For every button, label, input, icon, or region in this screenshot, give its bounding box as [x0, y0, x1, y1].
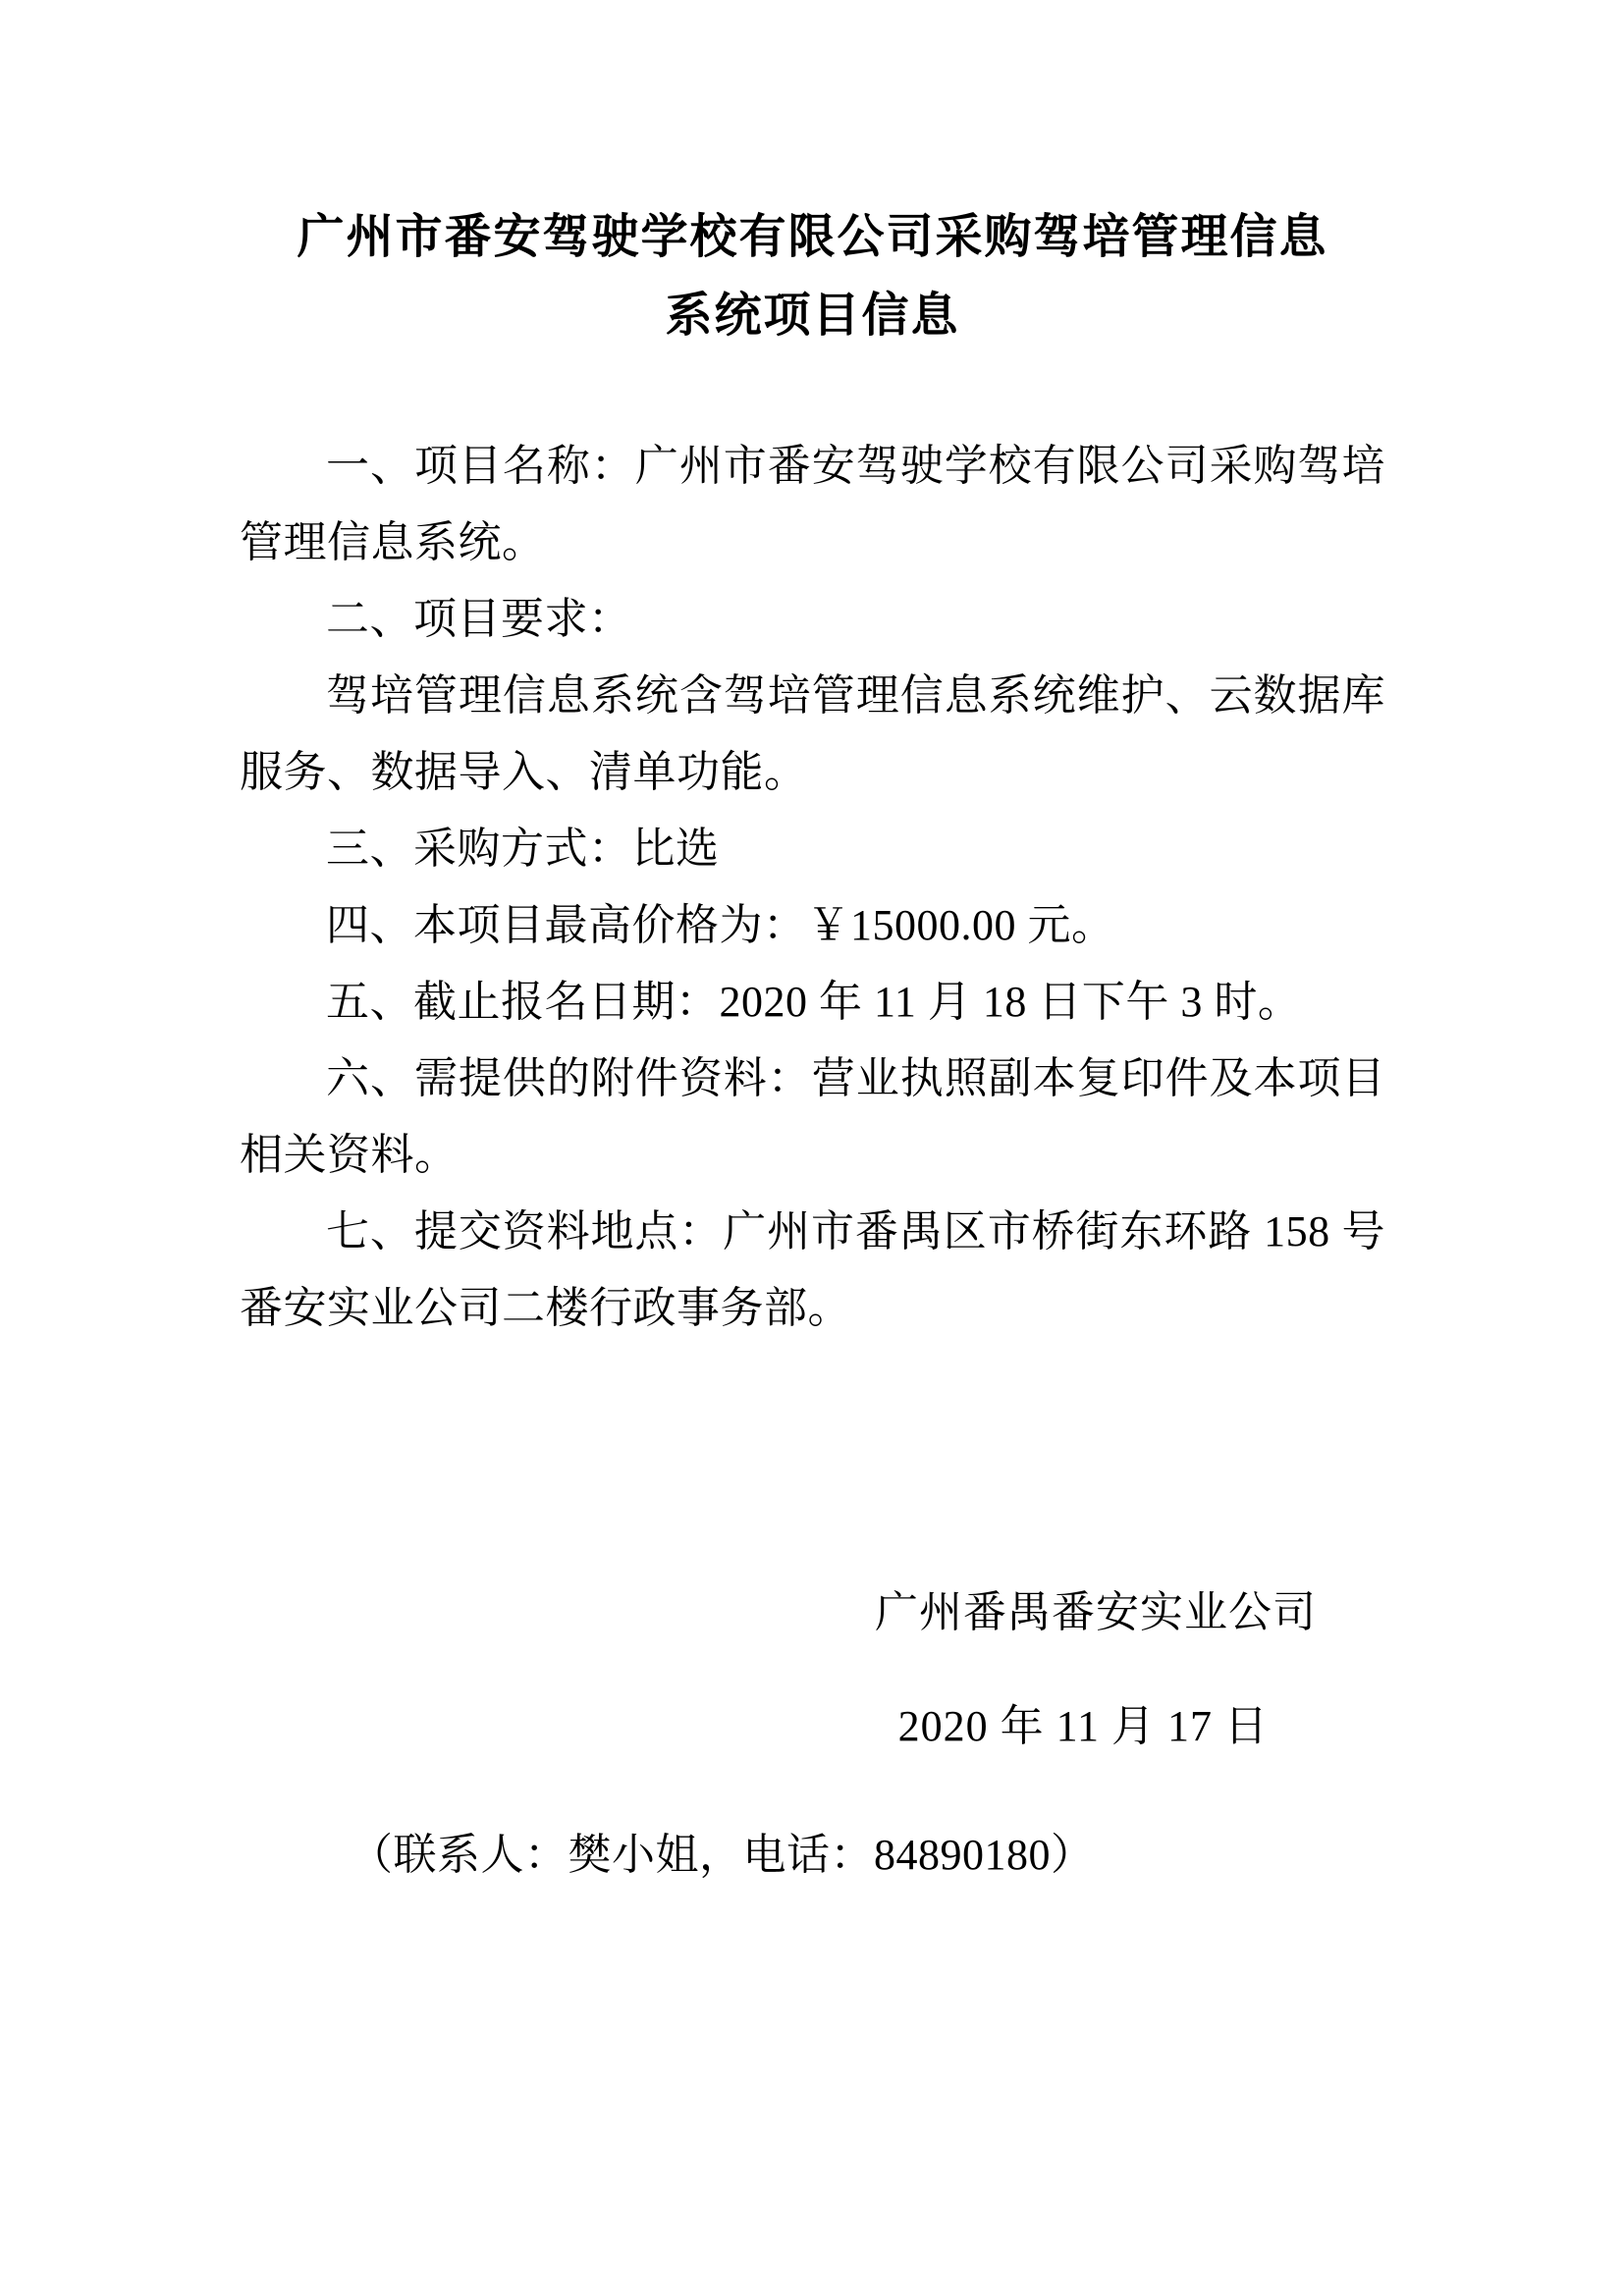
document-content: 广州市番安驾驶学校有限公司采购驾培管理信息 系统项目信息 一、项目名称：广州市番… — [240, 0, 1385, 1894]
signature-company: 广州番禺番安实业公司 — [240, 1575, 1385, 1651]
paragraph-registration-deadline: 五、截止报名日期：2020 年 11 月 18 日下午 3 时。 — [240, 964, 1385, 1041]
contact-line: （联系人：樊小姐，电话：84890180） — [240, 1817, 1385, 1894]
document-title: 广州市番安驾驶学校有限公司采购驾培管理信息 系统项目信息 — [240, 198, 1385, 355]
title-line-2: 系统项目信息 — [240, 277, 1385, 355]
signature-date: 2020 年 11 月 17 日 — [240, 1688, 1385, 1765]
paragraph-project-requirements: 二、项目要求： — [240, 581, 1385, 658]
document-body: 一、项目名称：广州市番安驾驶学校有限公司采购驾培管理信息系统。 二、项目要求： … — [240, 428, 1385, 1347]
paragraph-required-attachments: 六、需提供的附件资料：营业执照副本复印件及本项目相关资料。 — [240, 1041, 1385, 1194]
title-line-1: 广州市番安驾驶学校有限公司采购驾培管理信息 — [240, 198, 1385, 277]
paragraph-requirements-detail: 驾培管理信息系统含驾培管理信息系统维护、云数据库服务、数据导入、清单功能。 — [240, 658, 1385, 811]
signature-block: 广州番禺番安实业公司 2020 年 11 月 17 日 — [240, 1575, 1385, 1765]
paragraph-submission-location: 七、提交资料地点：广州市番禺区市桥街东环路 158 号番安实业公司二楼行政事务部… — [240, 1194, 1385, 1347]
paragraph-procurement-method: 三、采购方式：比选 — [240, 811, 1385, 887]
document-page: 广州市番安驾驶学校有限公司采购驾培管理信息 系统项目信息 一、项目名称：广州市番… — [0, 0, 1624, 2296]
paragraph-project-name: 一、项目名称：广州市番安驾驶学校有限公司采购驾培管理信息系统。 — [240, 428, 1385, 581]
paragraph-max-price: 四、本项目最高价格为：￥15000.00 元。 — [240, 887, 1385, 964]
